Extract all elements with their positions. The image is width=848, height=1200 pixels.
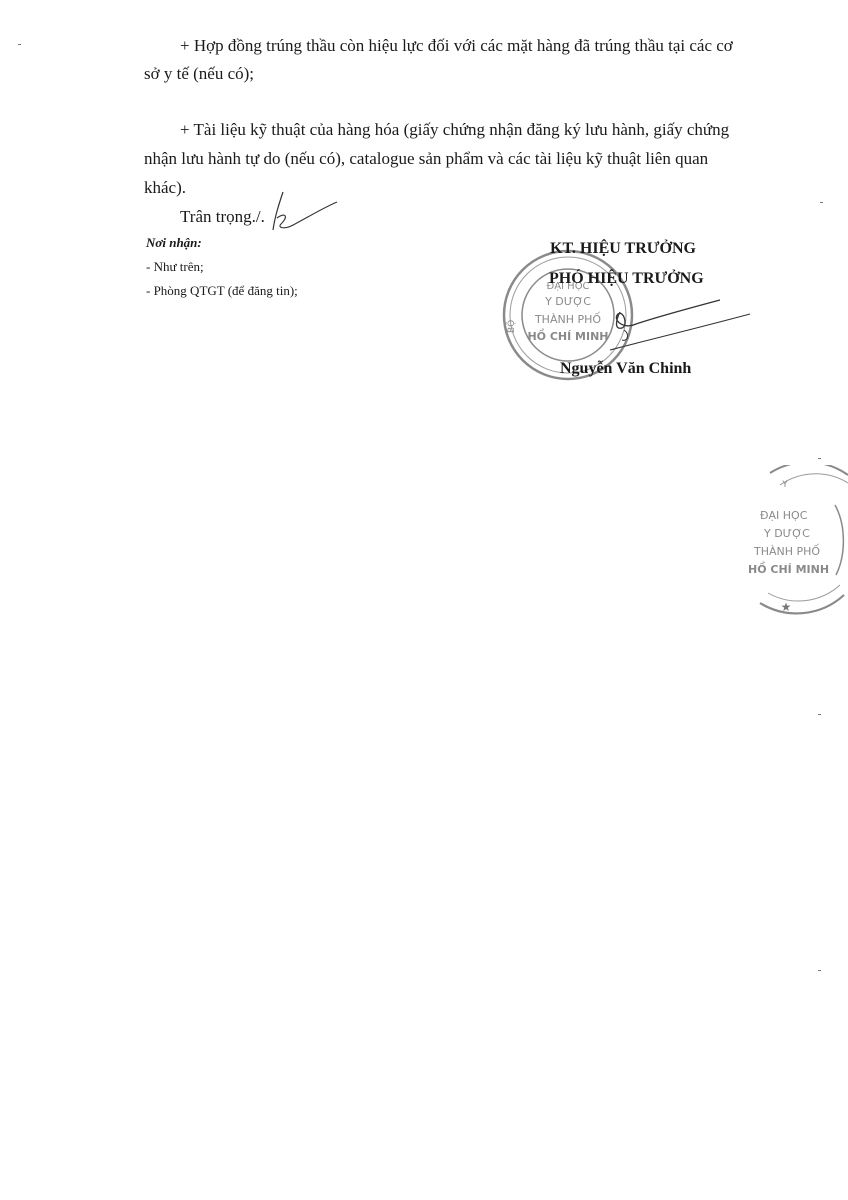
margin-stamp-icon: Y ĐẠI HỌC Y DƯỢC THÀNH PHỐ HỒ CHÍ MINH ★	[740, 465, 848, 620]
svg-text:BỘ: BỘ	[505, 320, 517, 333]
scan-speck	[818, 458, 821, 459]
paragraph-contract-line1: + Hợp đồng trúng thầu còn hiệu lực đối v…	[180, 35, 733, 57]
signature-title-1: KT. HIỆU TRƯỞNG	[550, 240, 696, 258]
svg-text:HỒ CHÍ MINH: HỒ CHÍ MINH	[527, 328, 608, 343]
svg-text:HỒ CHÍ MINH: HỒ CHÍ MINH	[748, 561, 829, 576]
closing-text: Trân trọng./.	[180, 206, 265, 228]
paragraph-techdocs-line1: + Tài liệu kỹ thuật của hàng hóa (giấy c…	[180, 119, 729, 141]
svg-text:Y DƯỢC: Y DƯỢC	[763, 527, 810, 540]
recipients-heading: Nơi nhận:	[146, 234, 202, 252]
svg-text:ĐẠI HỌC: ĐẠI HỌC	[760, 509, 808, 522]
scan-speck	[18, 44, 21, 45]
initial-signature-icon	[255, 188, 340, 238]
signature-title-2: PHÓ HIỆU TRƯỞNG	[549, 270, 704, 288]
paragraph-techdocs-line2: nhận lưu hành tự do (nếu có), catalogue …	[144, 148, 708, 170]
scan-speck	[818, 714, 821, 715]
scan-speck	[820, 202, 823, 203]
paragraph-contract-line2: sở y tế (nếu có);	[144, 63, 254, 85]
svg-text:THÀNH PHỐ: THÀNH PHỐ	[753, 544, 820, 558]
scan-speck	[818, 970, 821, 971]
svg-text:★: ★	[781, 600, 792, 614]
recipient-item: - Phòng QTGT (để đăng tin);	[146, 282, 298, 300]
paragraph-techdocs-line3: khác).	[144, 177, 186, 199]
svg-text:Y DƯỢC: Y DƯỢC	[544, 295, 591, 308]
handwritten-signature-icon	[600, 290, 760, 370]
recipient-item: - Như trên;	[146, 258, 204, 276]
svg-text:Y: Y	[781, 480, 788, 490]
svg-text:THÀNH PHỐ: THÀNH PHỐ	[534, 312, 601, 326]
signer-name: Nguyễn Văn Chinh	[560, 360, 691, 378]
